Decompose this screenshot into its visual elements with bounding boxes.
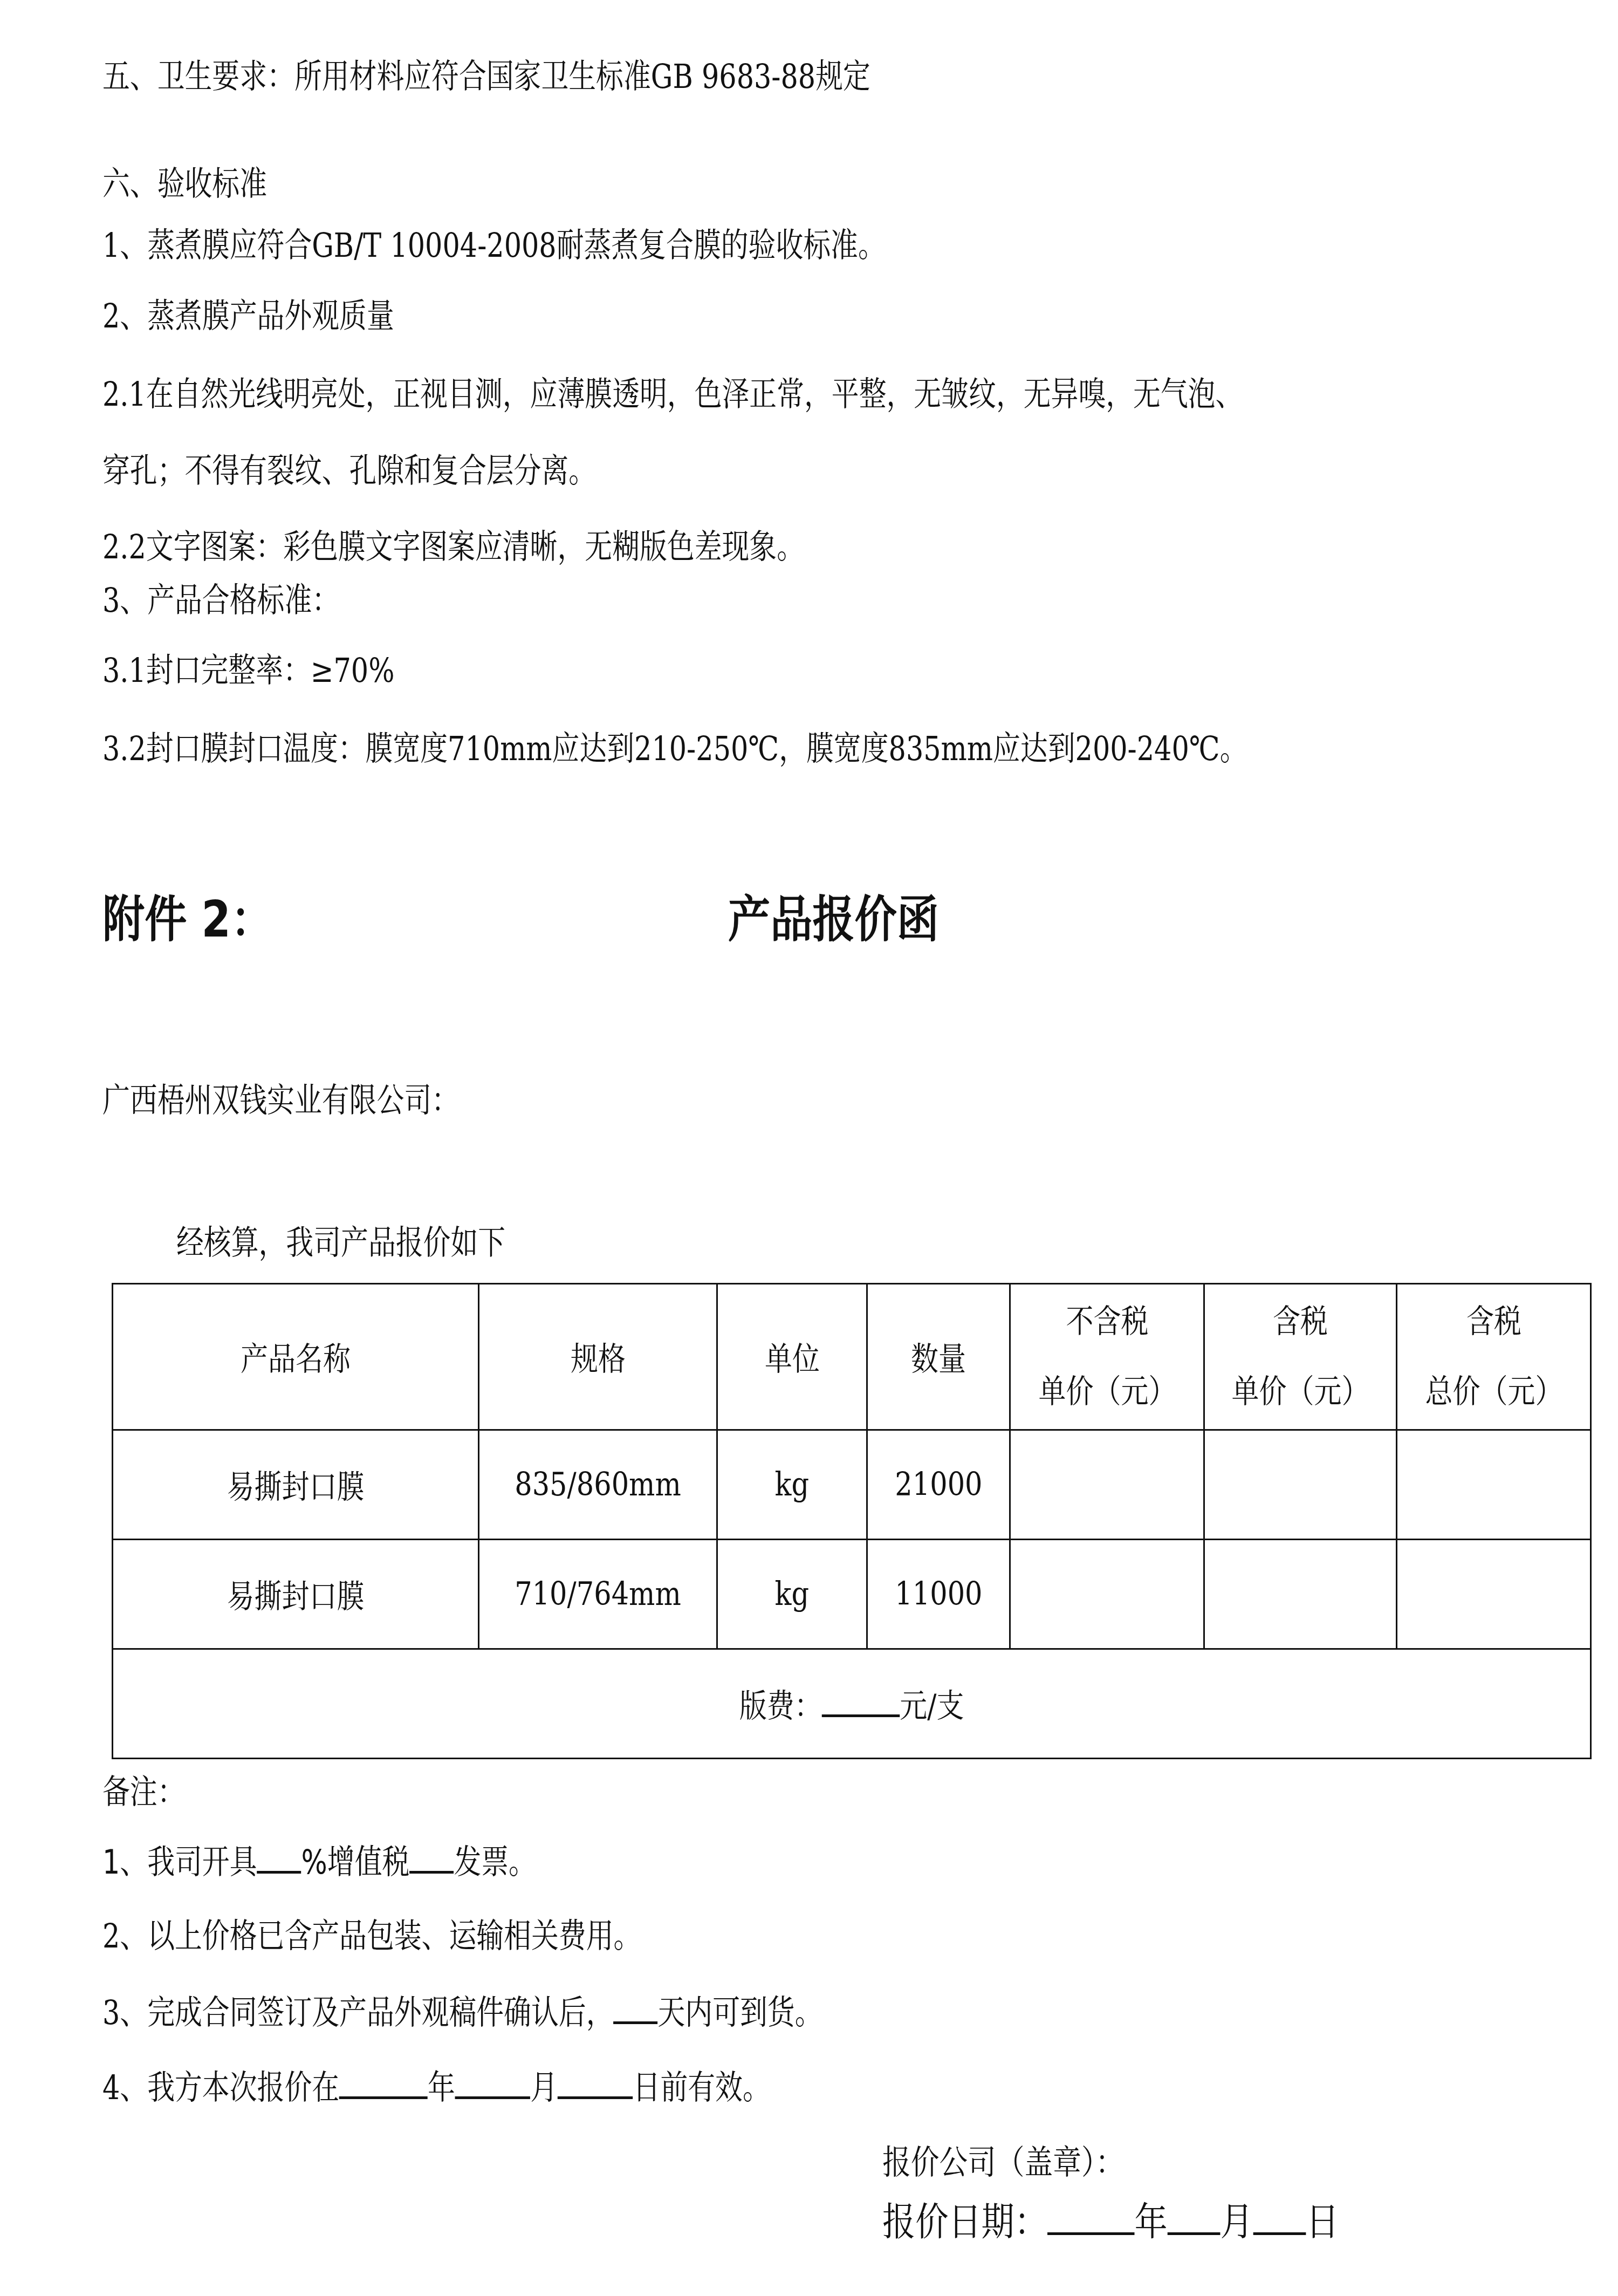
header-unit: 单位 [717, 1284, 867, 1430]
cell-unit-price-ex-tax[interactable] [1010, 1430, 1204, 1540]
acceptance-item-2-2: 2.2文字图案：彩色膜文字图案应清晰，无糊版色差现象。 [102, 525, 804, 569]
note-1: 1、我司开具%增值税发票。 [102, 1841, 536, 1884]
cell-quantity: 11000 [867, 1540, 1010, 1649]
quote-day-blank[interactable] [1253, 2227, 1306, 2235]
notes-heading: 备注： [102, 1771, 185, 1814]
header-total-price-inc-tax: 含税 总价（元） [1397, 1284, 1591, 1430]
quote-month-blank[interactable] [1168, 2227, 1221, 2235]
cell-total-price-inc-tax[interactable] [1397, 1430, 1591, 1540]
quote-year-blank[interactable] [1047, 2227, 1134, 2235]
valid-day-blank[interactable] [558, 2091, 633, 2099]
cell-total-price-inc-tax[interactable] [1397, 1540, 1591, 1649]
hygiene-requirement: 五、卫生要求：所用材料应符合国家卫生标准GB 9683-88规定 [102, 55, 870, 98]
note-3: 3、完成合同签订及产品外观稿件确认后，天内可到货。 [102, 1991, 822, 2034]
plate-fee-blank[interactable] [822, 1709, 900, 1717]
quote-date: 报价日期：年月日 [882, 2200, 1339, 2243]
table-header-row: 产品名称 规格 单位 数量 不含税 单价（元） 含税 单价（元） 含税 总价（元… [113, 1284, 1591, 1430]
invoice-type-blank[interactable] [409, 1865, 454, 1874]
cell-product-name: 易撕封口膜 [113, 1430, 479, 1540]
valid-year-blank[interactable] [339, 2091, 428, 2099]
header-spec: 规格 [479, 1284, 717, 1430]
note-4: 4、我方本次报价在年月日前有效。 [102, 2066, 770, 2109]
vat-rate-blank[interactable] [257, 1865, 301, 1874]
quote-table: 产品名称 规格 单位 数量 不含税 单价（元） 含税 单价（元） 含税 总价（元… [112, 1283, 1592, 1759]
plate-fee-cell: 版费：元/支 [113, 1649, 1591, 1759]
acceptance-item-2-1: 2.1在自然光线明亮处，正视目测，应薄膜透明，色泽正常，平整，无皱纹，无异嗅，无… [102, 373, 1243, 416]
cell-unit-price-inc-tax[interactable] [1204, 1430, 1397, 1540]
acceptance-heading: 六、验收标准 [102, 162, 267, 206]
plate-fee-unit: 元/支 [900, 1687, 964, 1725]
cell-unit-price-inc-tax[interactable] [1204, 1540, 1397, 1649]
cell-spec: 835/860mm [479, 1430, 717, 1540]
acceptance-item-3-2: 3.2封口膜封口温度：膜宽度710mm应达到210-250℃，膜宽度835mm应… [102, 727, 1247, 770]
valid-month-blank[interactable] [455, 2091, 530, 2099]
table-row: 易撕封口膜 835/860mm kg 21000 [113, 1430, 1591, 1540]
acceptance-item-2: 2、蒸煮膜产品外观质量 [102, 295, 394, 338]
intro-text: 经核算，我司产品报价如下 [176, 1221, 505, 1265]
plate-fee-row: 版费：元/支 [113, 1649, 1591, 1759]
addressee: 广西梧州双钱实业有限公司： [102, 1079, 459, 1122]
cell-product-name: 易撕封口膜 [113, 1540, 479, 1649]
acceptance-item-3: 3、产品合格标准： [102, 579, 339, 622]
cell-unit-price-ex-tax[interactable] [1010, 1540, 1204, 1649]
acceptance-item-3-1: 3.1封口完整率：≥70% [102, 649, 394, 692]
header-product-name: 产品名称 [113, 1284, 479, 1430]
page-title: 产品报价函 [728, 890, 939, 949]
delivery-days-blank[interactable] [613, 2016, 657, 2024]
header-quantity: 数量 [867, 1284, 1010, 1430]
acceptance-item-1: 1、蒸煮膜应符合GB/T 10004-2008耐蒸煮复合膜的验收标准。 [102, 224, 886, 267]
attachment-label: 附件 2： [102, 890, 273, 949]
cell-quantity: 21000 [867, 1430, 1010, 1540]
note-2: 2、以上价格已含产品包装、运输相关费用。 [102, 1915, 641, 1958]
plate-fee-label: 版费： [739, 1687, 822, 1725]
acceptance-item-2-1-cont: 穿孔；不得有裂纹、孔隙和复合层分离。 [102, 449, 596, 493]
quoting-company-stamp: 报价公司（盖章）： [882, 2141, 1124, 2184]
table-row: 易撕封口膜 710/764mm kg 11000 [113, 1540, 1591, 1649]
cell-unit: kg [717, 1540, 867, 1649]
header-unit-price-ex-tax: 不含税 单价（元） [1010, 1284, 1204, 1430]
cell-spec: 710/764mm [479, 1540, 717, 1649]
cell-unit: kg [717, 1430, 867, 1540]
header-unit-price-inc-tax: 含税 单价（元） [1204, 1284, 1397, 1430]
